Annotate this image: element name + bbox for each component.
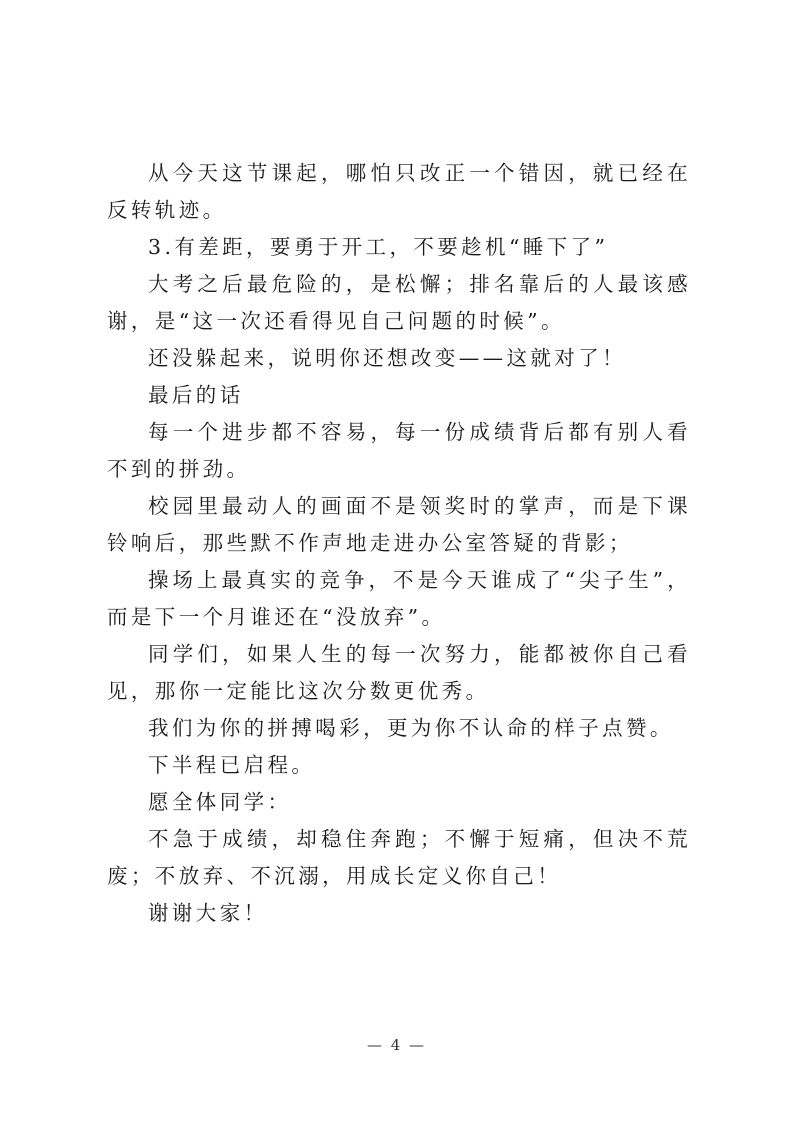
paragraph: 每一个进步都不容易，每一份成绩背后都有别人看不到的拼劲。 (107, 414, 691, 488)
paragraph: 校园里最动人的画面不是领奖时的掌声，而是下课铃响后，那些默不作声地走进办公室答疑… (107, 488, 691, 562)
document-page: 从今天这节课起，哪怕只改正一个错因，就已经在反转轨迹。 3.有差距，要勇于开工，… (0, 0, 793, 1122)
paragraph: 下半程已启程。 (107, 747, 691, 784)
section-heading: 3.有差距，要勇于开工，不要趁机“睡下了” (107, 229, 691, 266)
paragraph: 愿全体同学： (107, 784, 691, 821)
document-body: 从今天这节课起，哪怕只改正一个错因，就已经在反转轨迹。 3.有差距，要勇于开工，… (107, 155, 691, 932)
paragraph: 我们为你的拼搏喝彩，更为你不认命的样子点赞。 (107, 710, 691, 747)
paragraph: 从今天这节课起，哪怕只改正一个错因，就已经在反转轨迹。 (107, 155, 691, 229)
paragraph: 还没躲起来，说明你还想改变——这就对了！ (107, 340, 691, 377)
paragraph: 不急于成绩，却稳住奔跑；不懈于短痛，但决不荒废；不放弃、不沉溺，用成长定义你自己… (107, 821, 691, 895)
paragraph: 大考之后最危险的，是松懈；排名靠后的人最该感谢，是“这一次还看得见自己问题的时候… (107, 266, 691, 340)
page-number: — 4 — (0, 1036, 793, 1054)
paragraph: 同学们，如果人生的每一次努力，能都被你自己看见，那你一定能比这次分数更优秀。 (107, 636, 691, 710)
closing-line: 谢谢大家！ (107, 895, 691, 932)
section-heading: 最后的话 (107, 377, 691, 414)
paragraph: 操场上最真实的竞争，不是今天谁成了“尖子生”，而是下一个月谁还在“没放弃”。 (107, 562, 691, 636)
